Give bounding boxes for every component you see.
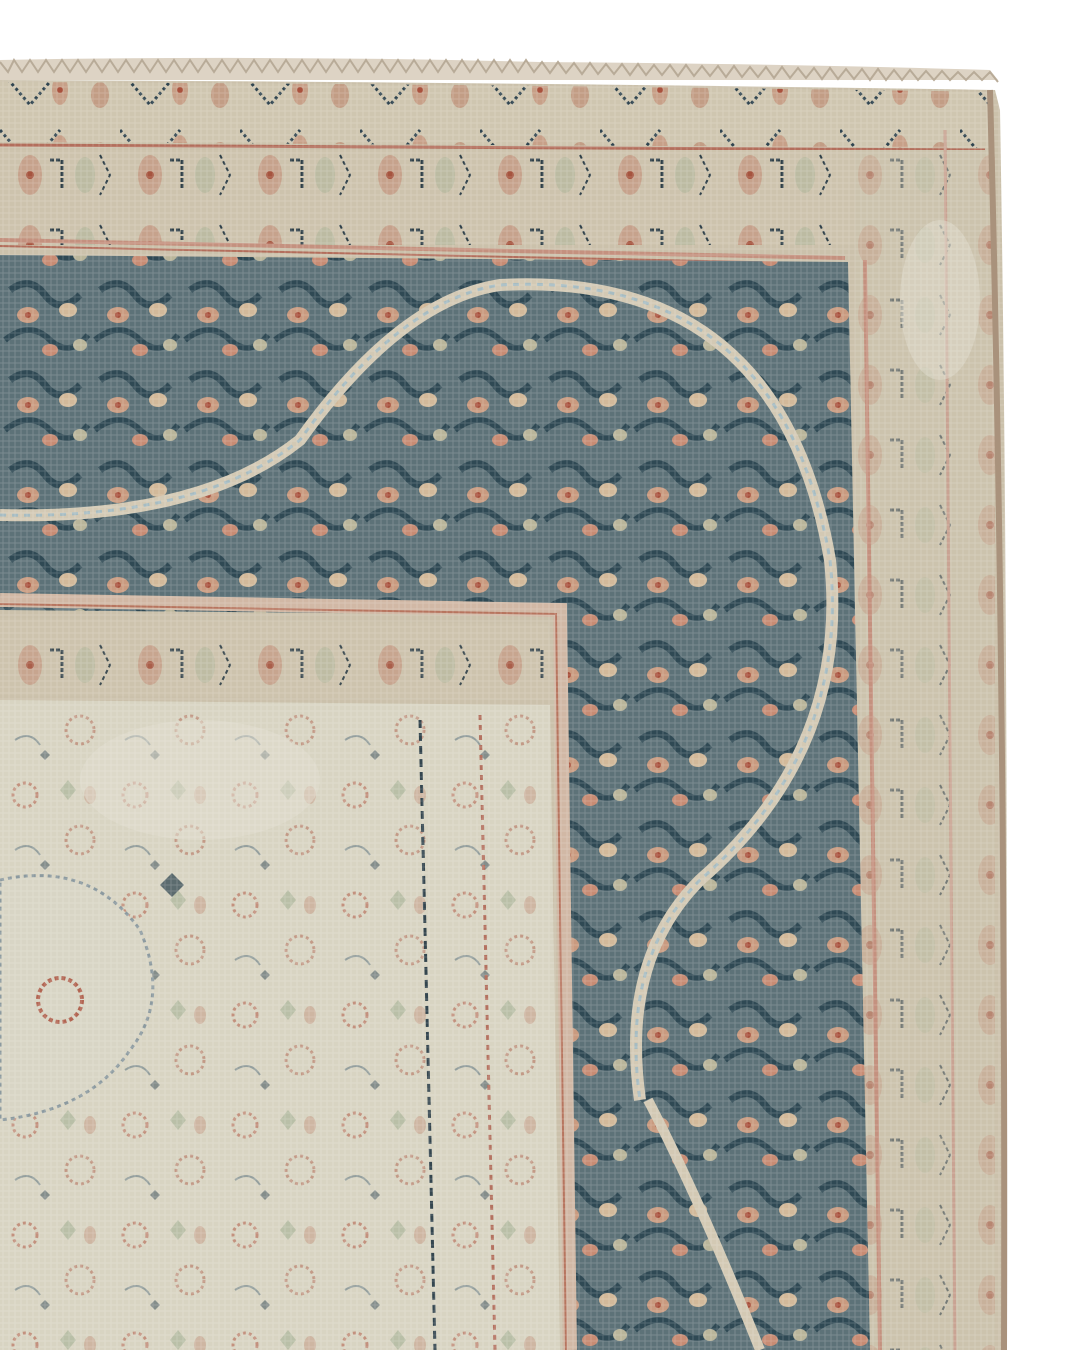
- rug-photo: [0, 0, 1080, 1350]
- rug-illustration: [0, 0, 1080, 1350]
- fringe: [0, 58, 998, 82]
